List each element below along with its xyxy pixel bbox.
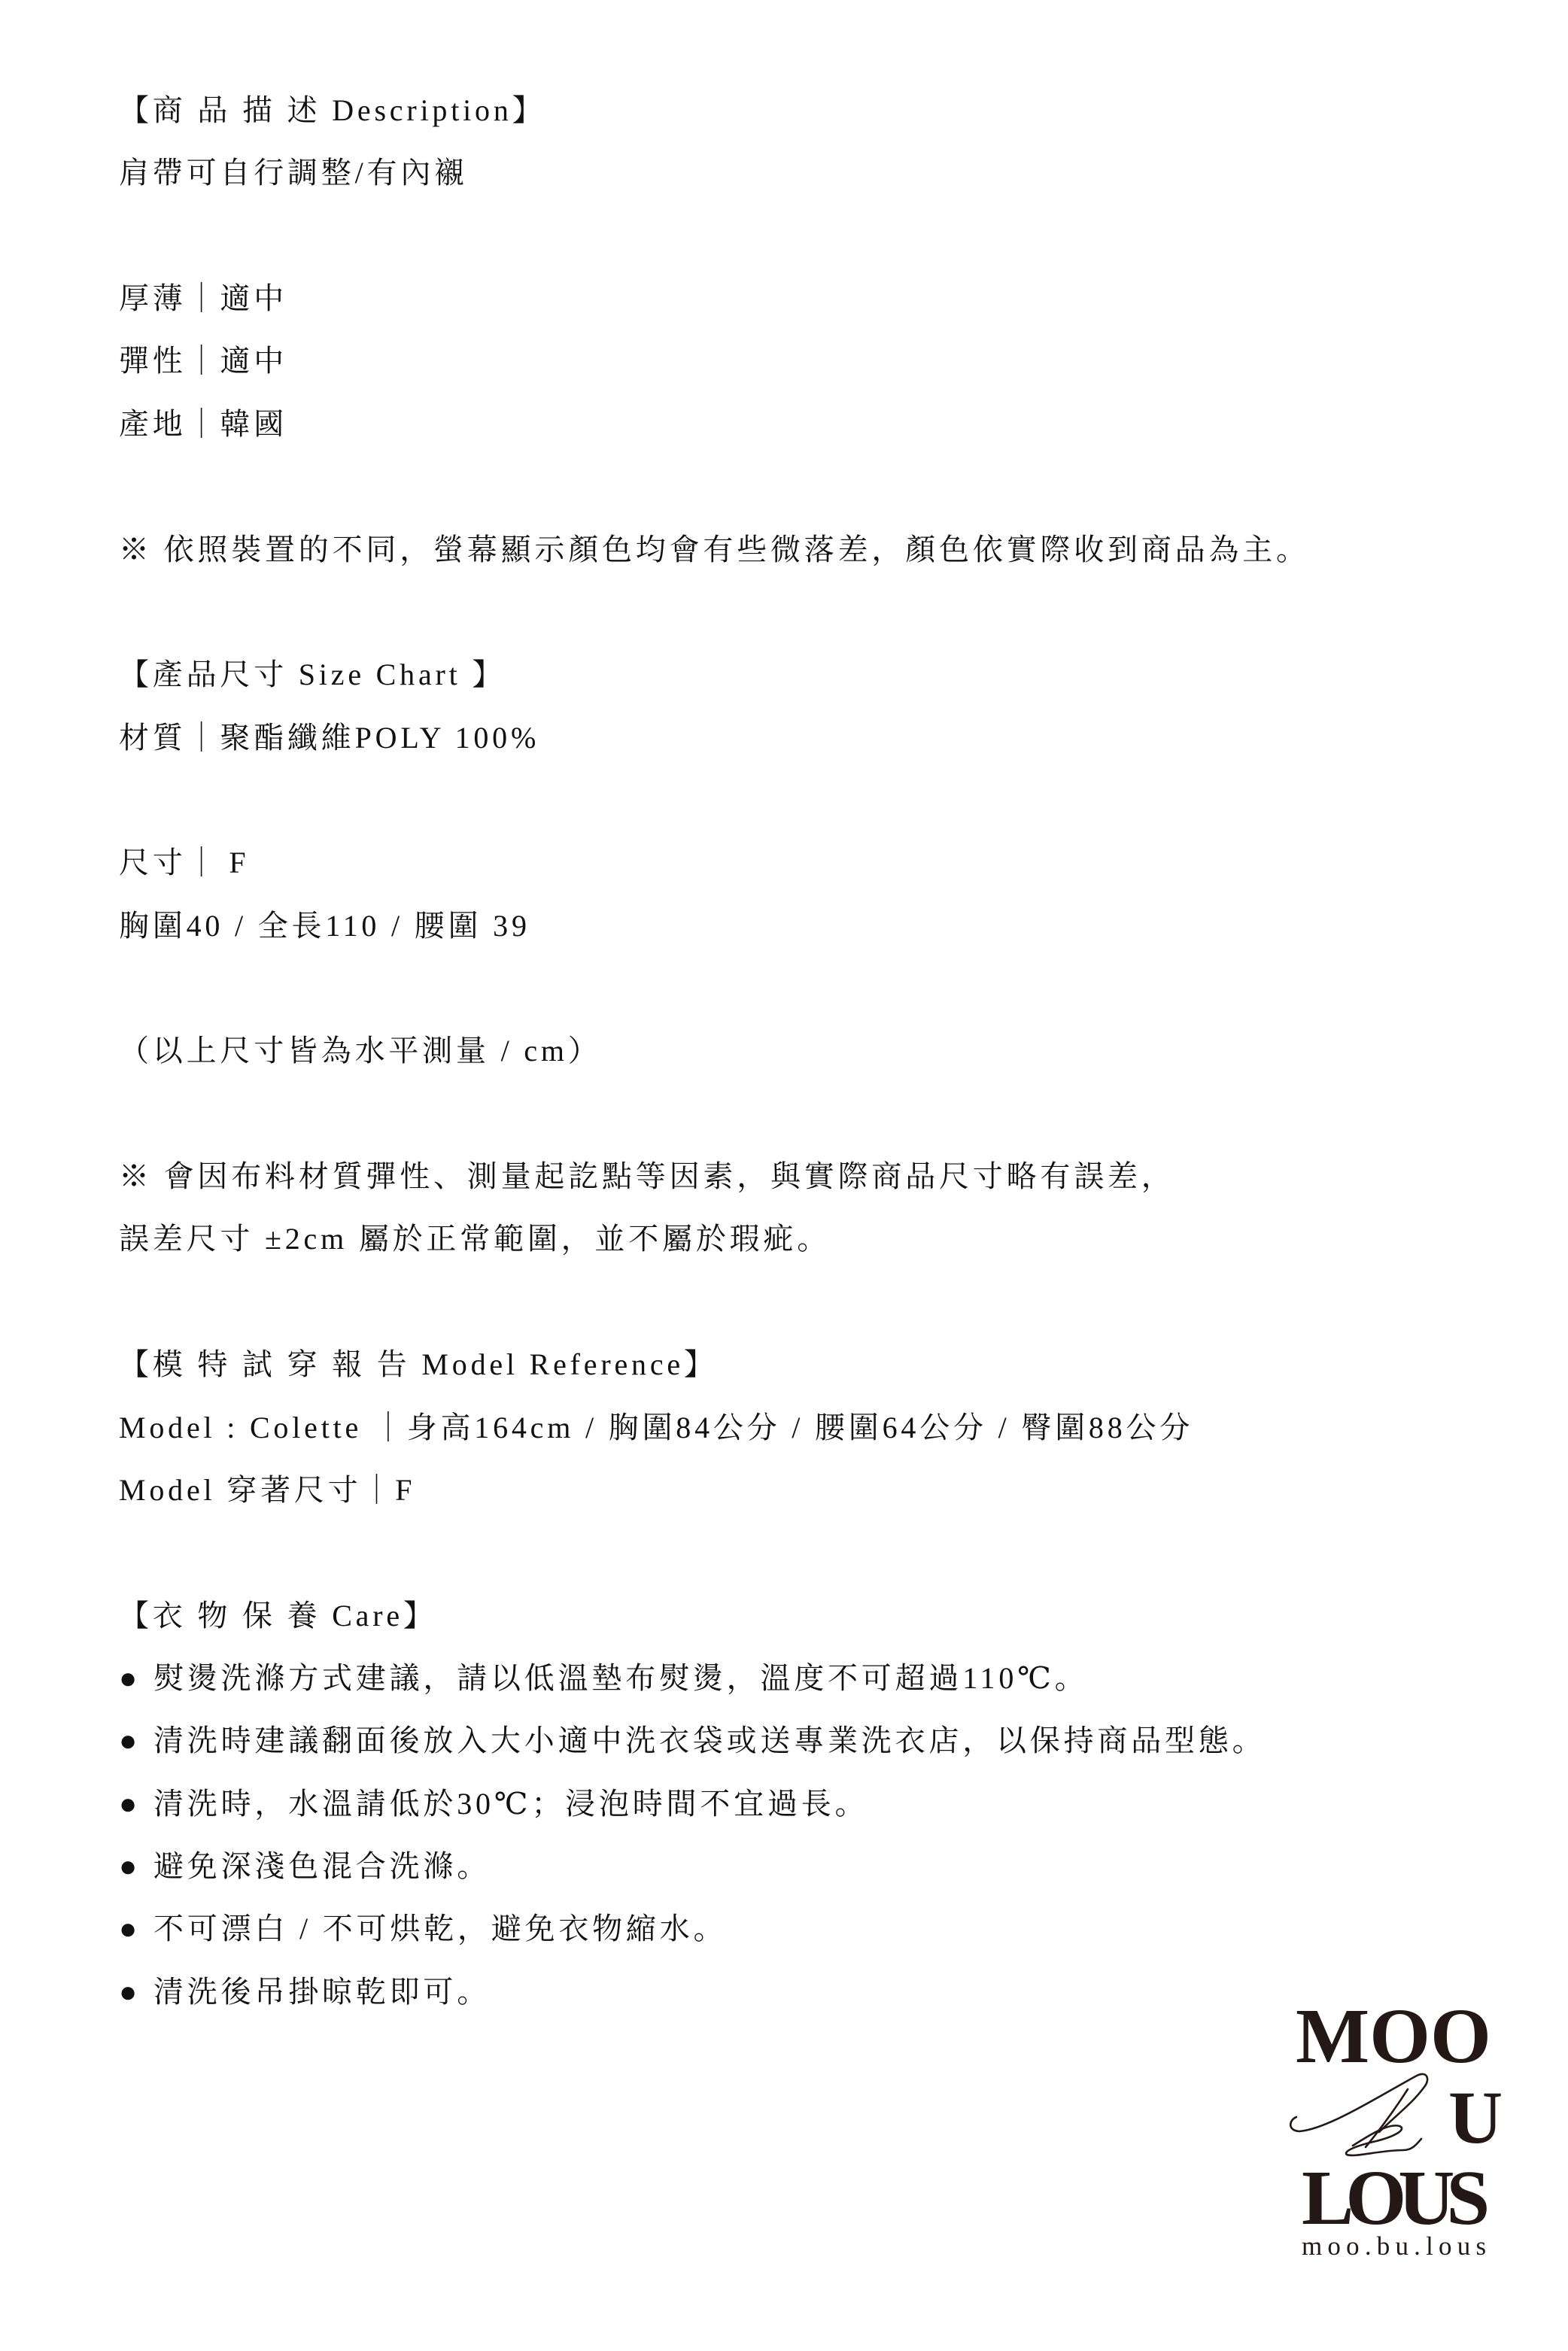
model-name: Model : Colette (119, 1411, 373, 1444)
material-value: 聚酯纖維POLY 100% (220, 721, 539, 755)
stats-separator: / (780, 1411, 815, 1444)
model-separator: ｜ (373, 1411, 407, 1444)
material-line: 材質｜聚酯纖維POLY 100% (119, 706, 1310, 769)
bullet-icon: ● (119, 1835, 153, 1897)
spacer (119, 1083, 1310, 1145)
care-item-text: 避免深淺色混合洗滌。 (153, 1849, 491, 1883)
model-chest: 胸圍84公分 (609, 1411, 781, 1444)
model-waist: 腰圍64公分 (815, 1411, 987, 1444)
attribute-value: 適中 (220, 281, 287, 315)
size-line: 尺寸｜F (119, 831, 1310, 894)
measurement-separator: / (223, 909, 258, 943)
measurement-length: 全長110 (258, 909, 381, 943)
logo-word-lous: LOUS (1302, 2159, 1481, 2237)
size-label: 尺寸 (119, 846, 187, 879)
attribute-separator: ｜ (187, 281, 220, 315)
spacer (119, 1271, 1310, 1333)
color-notice: ※ 依照裝置的不同，螢幕顯示顏色均會有些微落差，顏色依實際收到商品為主。 (119, 518, 1310, 581)
product-info-content: 【商 品 描 述 Description】 肩帶可自行調整/有內襯 厚薄｜適中 … (119, 79, 1310, 2023)
measurement-separator: / (380, 909, 415, 943)
bullet-icon: ● (119, 1709, 153, 1772)
care-item-text: 清洗時建議翻面後放入大小適中洗衣袋或送專業洗衣店，以保持商品型態。 (153, 1724, 1266, 1757)
logo-word-moo: MOO (1296, 1997, 1491, 2076)
attribute-label: 厚薄 (119, 281, 187, 315)
measurement-waist: 腰圍 39 (415, 909, 530, 943)
logo-script-bu-icon (1283, 2069, 1433, 2163)
logo-handle: moo.bu.lous (1302, 2233, 1491, 2259)
size-chart-heading: 【產品尺寸 Size Chart 】 (119, 643, 1310, 706)
stats-separator: / (574, 1411, 609, 1444)
stats-separator: / (987, 1411, 1022, 1444)
attribute-separator: ｜ (187, 344, 220, 378)
spacer (119, 205, 1310, 267)
care-item: ●熨燙洗滌方式建議，請以低溫墊布熨燙，溫度不可超過110℃。 (119, 1647, 1310, 1709)
measurements-line: 胸圍40 / 全長110 / 腰圍 39 (119, 895, 1310, 957)
tolerance-note-line-2: 誤差尺寸 ±2cm 屬於正常範圍，並不屬於瑕疵。 (119, 1207, 1310, 1270)
model-hip: 臀圍88公分 (1021, 1411, 1193, 1444)
bullet-icon: ● (119, 1897, 153, 1960)
logo-letter-u: U (1448, 2080, 1503, 2155)
attribute-separator: ｜ (187, 407, 220, 441)
tolerance-note-line-1: ※ 會因布料材質彈性、測量起訖點等因素，與實際商品尺寸略有誤差， (119, 1145, 1310, 1207)
care-item: ●清洗時建議翻面後放入大小適中洗衣袋或送專業洗衣店，以保持商品型態。 (119, 1709, 1310, 1772)
spacer (119, 455, 1310, 518)
product-info-page: 【商 品 描 述 Description】 肩帶可自行調整/有內襯 厚薄｜適中 … (0, 0, 1568, 2351)
model-reference-heading: 【模 特 試 穿 報 告 Model Reference】 (119, 1333, 1310, 1396)
attribute-elasticity: 彈性｜適中 (119, 330, 1310, 392)
spacer (119, 957, 1310, 1019)
attribute-value: 韓國 (220, 407, 287, 441)
size-value: F (229, 846, 249, 879)
model-size-label: Model 穿著尺寸 (119, 1473, 361, 1507)
care-item: ●清洗後吊掛晾乾即可。 (119, 1961, 1310, 2023)
care-item-text: 清洗時，水溫請低於30℃；浸泡時間不宜過長。 (153, 1787, 868, 1821)
bullet-icon: ● (119, 1772, 153, 1835)
measurement-chest: 胸圍40 (119, 909, 223, 943)
unit-note: （以上尺寸皆為水平測量 / cm） (119, 1019, 1310, 1082)
care-item-text: 清洗後吊掛晾乾即可。 (153, 1975, 491, 2009)
material-label: 材質 (119, 721, 187, 755)
material-separator: ｜ (187, 721, 220, 755)
model-height: 身高164cm (407, 1411, 574, 1444)
attribute-label: 產地 (119, 407, 187, 441)
model-stats-line: Model : Colette ｜身高164cm / 胸圍84公分 / 腰圍64… (119, 1396, 1310, 1459)
care-item-text: 熨燙洗滌方式建議，請以低溫墊布熨燙，溫度不可超過110℃。 (153, 1661, 1088, 1695)
spacer (119, 769, 1310, 831)
attribute-thickness: 厚薄｜適中 (119, 267, 1310, 330)
attribute-label: 彈性 (119, 344, 187, 378)
care-item: ●避免深淺色混合洗滌。 (119, 1835, 1310, 1897)
care-item-text: 不可漂白 / 不可烘乾，避免衣物縮水。 (153, 1912, 727, 1945)
bullet-icon: ● (119, 1647, 153, 1709)
spacer (119, 1521, 1310, 1584)
description-heading: 【商 品 描 述 Description】 (119, 79, 1310, 141)
description-summary: 肩帶可自行調整/有內襯 (119, 141, 1310, 204)
model-size-separator: ｜ (361, 1473, 395, 1507)
attribute-value: 適中 (220, 344, 287, 378)
model-size-value: F (395, 1473, 415, 1507)
care-item: ●不可漂白 / 不可烘乾，避免衣物縮水。 (119, 1897, 1310, 1960)
attribute-origin: 產地｜韓國 (119, 393, 1310, 455)
care-heading: 【衣 物 保 養 Care】 (119, 1584, 1310, 1647)
care-item: ●清洗時，水溫請低於30℃；浸泡時間不宜過長。 (119, 1772, 1310, 1835)
spacer (119, 581, 1310, 643)
bullet-icon: ● (119, 1961, 153, 2023)
model-size-worn-line: Model 穿著尺寸｜F (119, 1459, 1310, 1521)
size-separator: ｜ (187, 846, 220, 879)
